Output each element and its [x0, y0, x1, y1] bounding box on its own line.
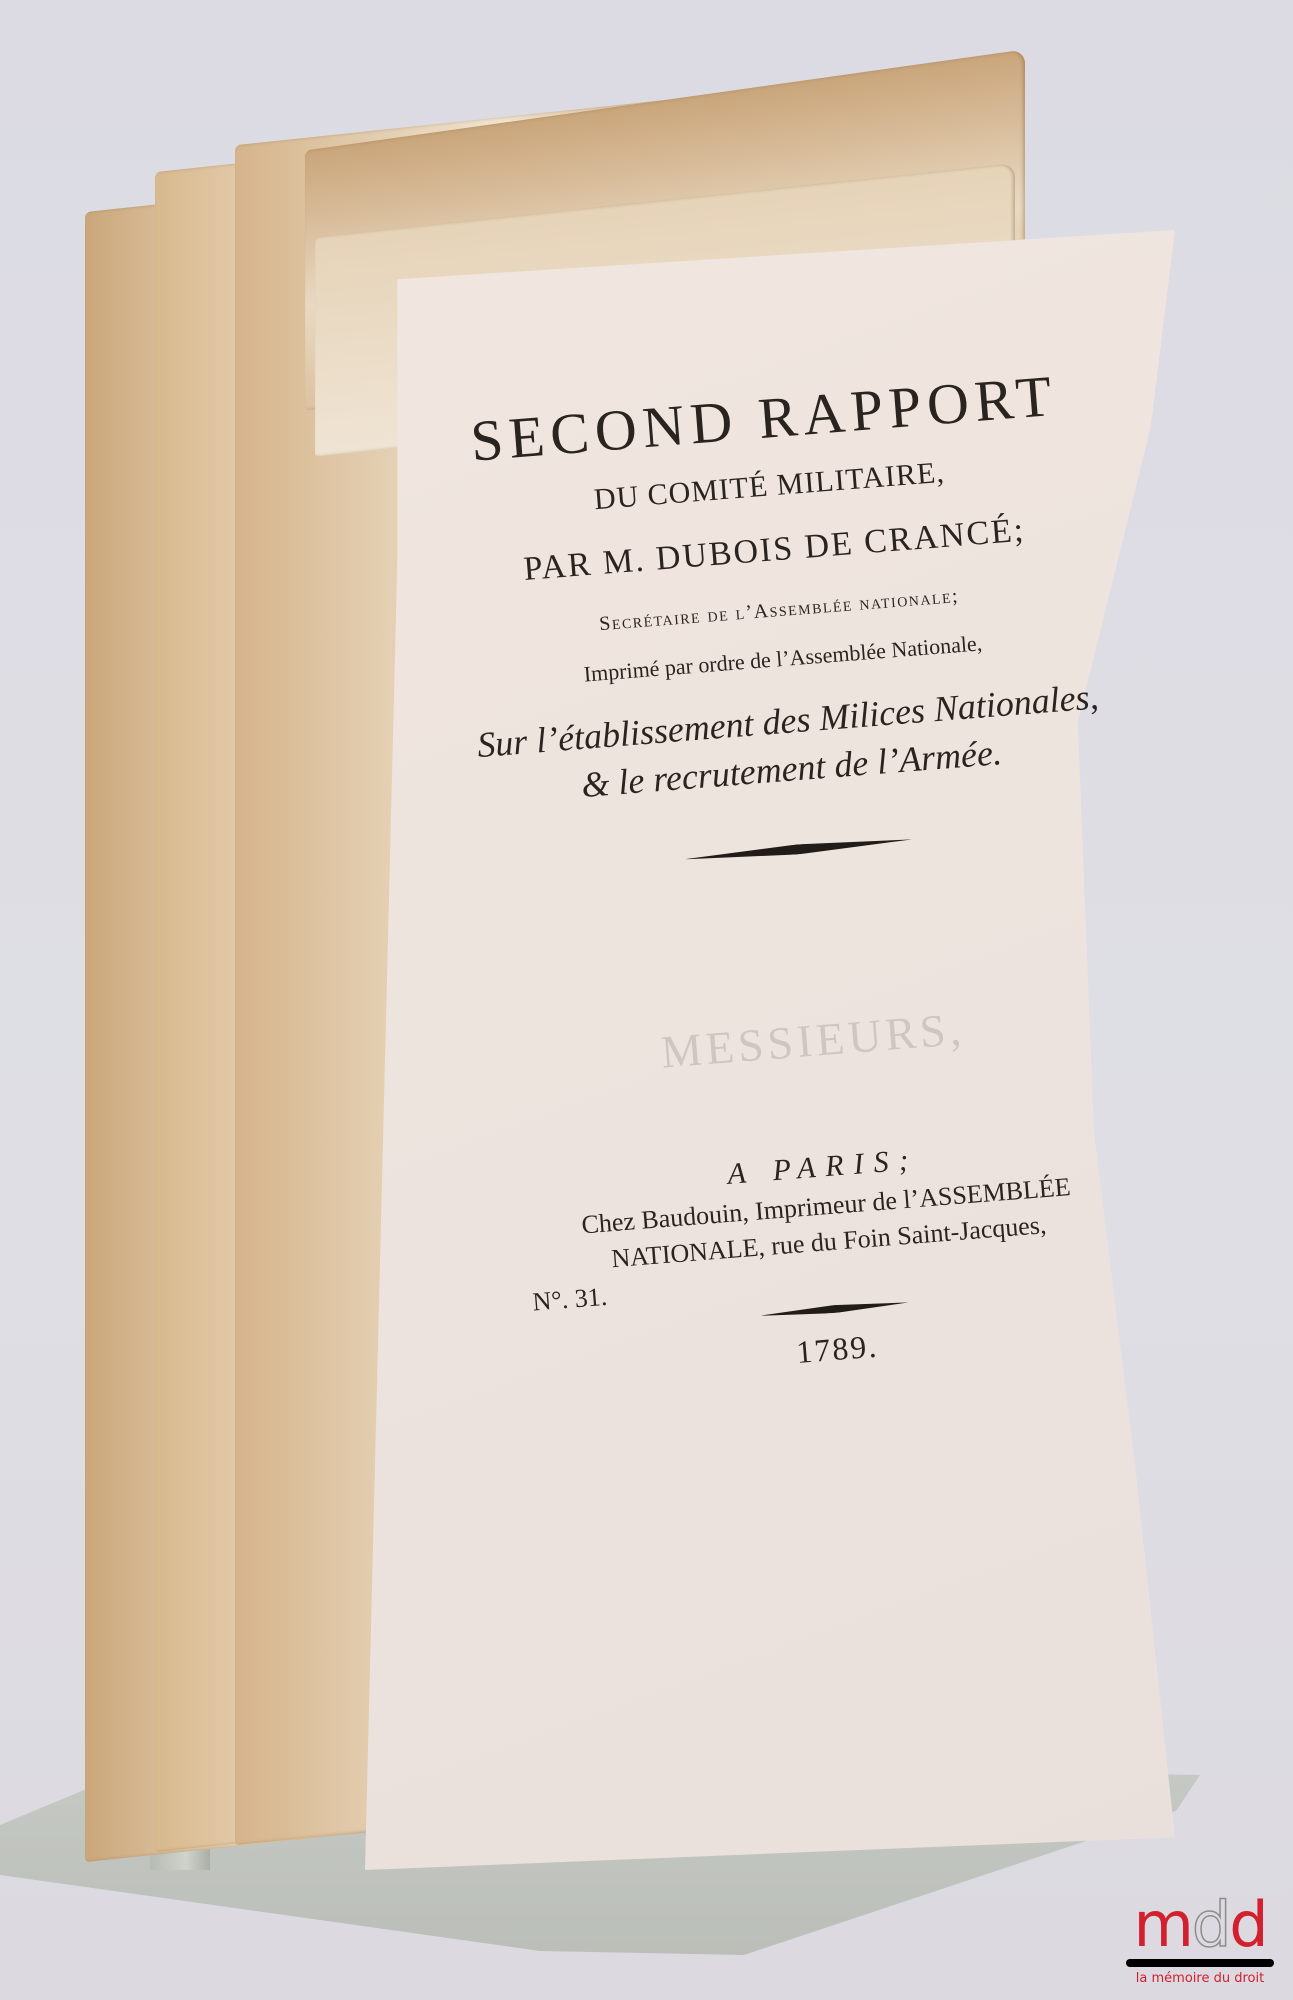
publication-year: 1789. — [517, 1302, 1159, 1397]
title-page-text: SECOND RAPPORT DU COMITÉ MILITAIRE, PAR … — [440, 330, 1180, 1676]
imprint-block: A PARIS; Chez Baudouin, Imprimeur de l’A… — [502, 1121, 1158, 1396]
mdd-logo: mdd la mémoire du droit — [1110, 1895, 1290, 1995]
logo-letter-m: m — [1133, 1888, 1191, 1961]
logo-mark: mdd — [1110, 1895, 1290, 1955]
photo-scene: SECOND RAPPORT DU COMITÉ MILITAIRE, PAR … — [0, 0, 1293, 2000]
ornamental-rule — [683, 835, 913, 863]
ornamental-rule-small — [759, 1299, 909, 1319]
logo-letter-d: d — [1229, 1888, 1266, 1961]
show-through-text: MESSIEURS, — [492, 989, 1134, 1092]
logo-letter-d-outline: d — [1192, 1888, 1229, 1961]
logo-tagline: la mémoire du droit — [1110, 1971, 1290, 1986]
